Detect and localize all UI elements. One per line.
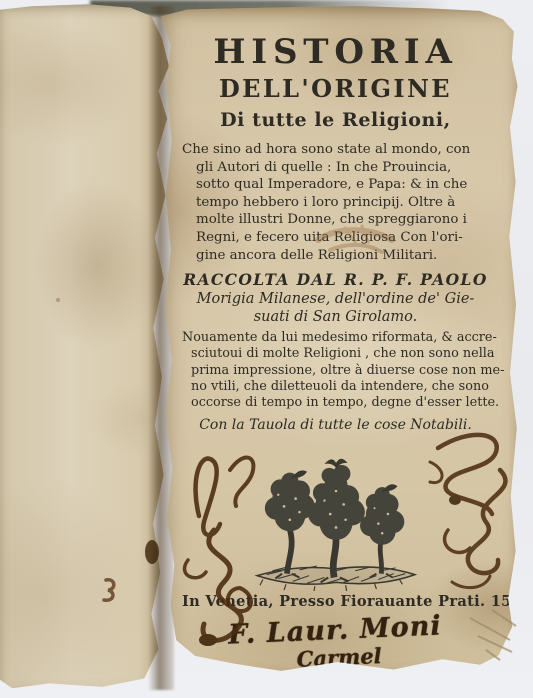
argument-paragraph: Che sino ad hora sono state al mondo, co… bbox=[182, 141, 489, 264]
attribution-line: suati di San Girolamo. bbox=[182, 308, 489, 326]
book-subtitle-2: Di tutte le Religioni, bbox=[182, 108, 489, 132]
photograph-of-book: HISTORIA DELL'ORIGINE Di tutte le Religi… bbox=[0, 0, 533, 698]
book-title: HISTORIA bbox=[182, 32, 489, 72]
middle-tree bbox=[308, 459, 365, 583]
argument-line: tempo hebbero i loro principij. Oltre à bbox=[182, 194, 489, 212]
argument-line: gli Autori di quelle : In che Prouincia, bbox=[182, 159, 489, 177]
notice-paragraph: Nouamente da lui medesimo riformata, & a… bbox=[182, 330, 489, 411]
notice-line: no vtili, che diletteuoli da intendere, … bbox=[182, 379, 489, 395]
notice-line: sciutoui di molte Religioni , che non so… bbox=[182, 346, 489, 362]
argument-line: sotto qual Imperadore, e Papa: & in che bbox=[182, 176, 489, 194]
notice-line: occorse di tempo in tempo, degne d'esser… bbox=[182, 395, 489, 411]
argument-line: molte illustri Donne, che spreggiarono i bbox=[182, 211, 489, 229]
printer-device bbox=[236, 439, 436, 591]
notice-line: Nouamente da lui medesimo riformata, & a… bbox=[182, 330, 489, 346]
right-tree bbox=[360, 484, 404, 577]
owner-inscription: F. Laur. Moni Carmel bbox=[181, 609, 490, 677]
title-page-content: HISTORIA DELL'ORIGINE Di tutte le Religi… bbox=[150, 4, 525, 688]
imprint-line: In Venetia, Presso Fiorauante Prati. 159… bbox=[182, 592, 489, 612]
argument-line: Regni, e fecero uita Religiosa Con l'ori… bbox=[182, 229, 489, 247]
notice-line: prima impressione, oltre à diuerse cose … bbox=[182, 363, 489, 379]
book-subtitle: DELL'ORIGINE bbox=[182, 74, 489, 104]
left-tree bbox=[264, 471, 314, 579]
attribution-block: RACCOLTA DAL R. P. F. PAOLO Morigia Mila… bbox=[182, 270, 489, 326]
table-note: Con la Tauola di tutte le cose Notabili. bbox=[182, 416, 489, 434]
argument-line: Che sino ad hora sono state al mondo, co… bbox=[182, 141, 489, 159]
attribution-heading: RACCOLTA DAL R. P. F. PAOLO bbox=[182, 270, 489, 290]
attribution-line: Morigia Milanese, dell'ordine de' Gie- bbox=[182, 290, 489, 308]
argument-line: gine ancora delle Religioni Militari. bbox=[182, 247, 489, 265]
title-page: HISTORIA DELL'ORIGINE Di tutte le Religi… bbox=[150, 4, 525, 688]
three-trees-woodcut bbox=[236, 439, 436, 591]
